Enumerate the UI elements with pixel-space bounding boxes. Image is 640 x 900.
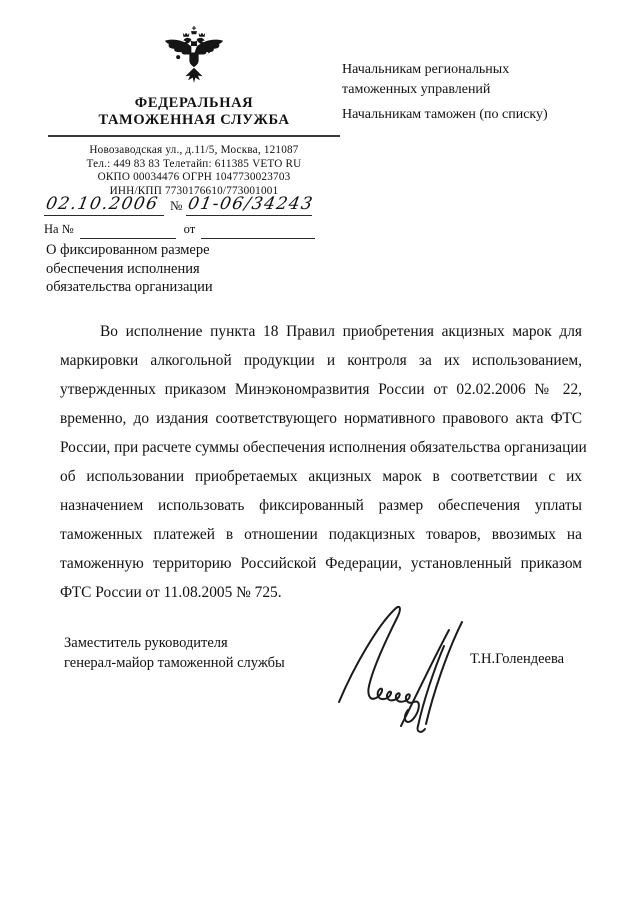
signer-position-line1: Заместитель руководителя <box>64 634 344 654</box>
letterhead-divider <box>48 135 340 137</box>
org-address: Новозаводская ул., д.11/5, Москва, 12108… <box>48 144 340 158</box>
body-line: Во исполнение пункта 18 Правил приобрете… <box>60 317 582 346</box>
body-line: таможенных платежей в отношении подакциз… <box>60 520 582 549</box>
addressee-line3: Начальникам таможен (по списку) <box>342 105 622 125</box>
coat-of-arms-icon <box>161 26 227 87</box>
body-line: временно, до издания соответствующего но… <box>60 404 582 433</box>
from-label: от <box>176 222 202 239</box>
addressee-line1: Начальникам региональных <box>342 60 622 80</box>
on-number-field <box>80 223 176 239</box>
org-okpo-ogrn: ОКПО 00034476 ОГРН 1047730023703 <box>48 171 340 185</box>
org-name-line2: ТАМОЖЕННАЯ СЛУЖБА <box>48 112 340 129</box>
addressee-block: Начальникам региональных таможенных упра… <box>342 60 622 125</box>
body-line: утвержденных приказом Минэкономразвития … <box>60 375 582 404</box>
body-line: об использовании приобретаемых акцизных … <box>60 462 582 491</box>
number-field: 01-06/34243 <box>186 194 312 216</box>
subject-line2: обеспечения исполнения <box>46 260 296 279</box>
org-name: ФЕДЕРАЛЬНАЯ ТАМОЖЕННАЯ СЛУЖБА <box>48 95 340 129</box>
handwritten-number: 01-06/34243 <box>185 194 320 215</box>
org-name-line1: ФЕДЕРАЛЬНАЯ <box>48 95 340 112</box>
number-sign: № <box>164 198 186 216</box>
date-number-row: 02.10.2006 № 01-06/34243 <box>44 194 344 216</box>
signer-name: Т.Н.Голендеева <box>470 651 564 668</box>
body-line: назначением использовать фиксированный р… <box>60 491 582 520</box>
body-line: ФТС России от 11.08.2005 № 725. <box>60 578 582 607</box>
subject-block: О фиксированном размере обеспечения испо… <box>46 241 296 297</box>
body-line: маркировки алкогольной продукции и контр… <box>60 346 582 375</box>
on-number-label: На № <box>44 222 74 239</box>
date-field: 02.10.2006 <box>44 194 164 216</box>
document-page: ФЕДЕРАЛЬНАЯ ТАМОЖЕННАЯ СЛУЖБА Новозаводс… <box>0 0 640 900</box>
letterhead: ФЕДЕРАЛЬНАЯ ТАМОЖЕННАЯ СЛУЖБА Новозаводс… <box>48 26 340 198</box>
reply-reference-row: На № от <box>44 222 344 239</box>
handwritten-date: 02.10.2006 <box>42 194 164 215</box>
addressee-line2: таможенных управлений <box>342 80 622 100</box>
signer-position: Заместитель руководителя генерал-майор т… <box>64 634 344 673</box>
signer-position-line2: генерал-майор таможенной службы <box>64 654 344 674</box>
signature-icon <box>333 602 478 737</box>
subject-line3: обязательства организации <box>46 278 296 297</box>
reference-block: 02.10.2006 № 01-06/34243 На № от <box>44 194 344 239</box>
org-address-block: Новозаводская ул., д.11/5, Москва, 12108… <box>48 144 340 198</box>
from-date-field <box>201 223 315 239</box>
subject-line1: О фиксированном размере <box>46 241 296 260</box>
letter-body: Во исполнение пункта 18 Правил приобрете… <box>60 317 582 607</box>
org-phone: Тел.: 449 83 83 Телетайп: 611385 VETO RU <box>48 158 340 172</box>
body-line: таможенную территорию Российской Федерац… <box>60 549 582 578</box>
body-line: России, при расчете суммы обеспечения ис… <box>60 433 582 462</box>
